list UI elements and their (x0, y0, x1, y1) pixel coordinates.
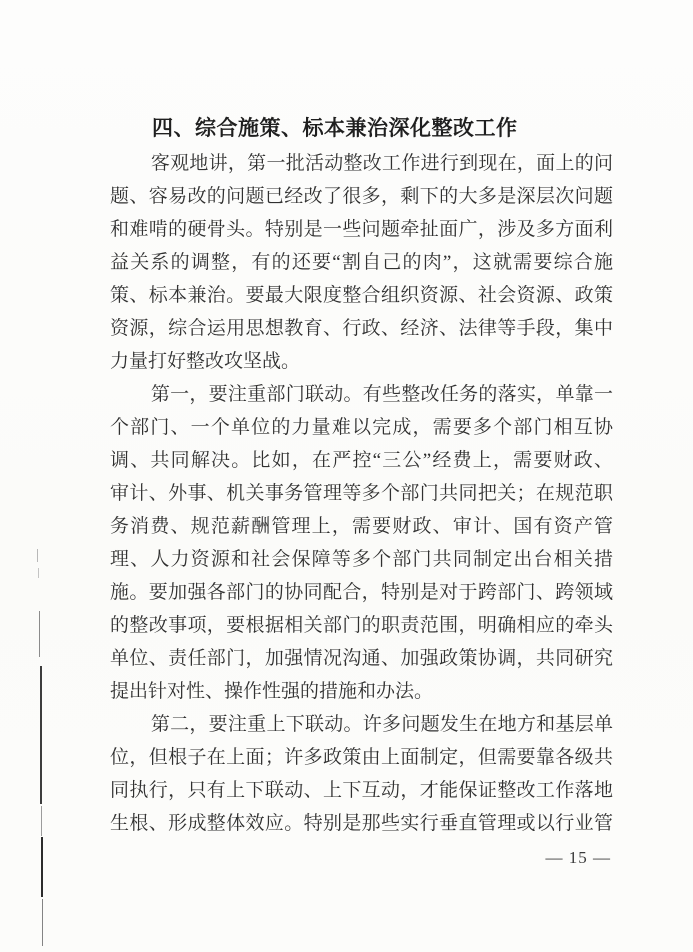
text-line: 和难啃的硬骨头。特别是一些问题牵扯面广，涉及多方面利 (110, 213, 613, 246)
document-body: 四、综合施策、标本兼治深化整改工作 客观地讲，第一批活动整改工作进行到现在，面上… (110, 110, 613, 869)
text-line: 调、共同解决。比如，在严控“三公”经费上，需要财政、 (110, 444, 613, 477)
text-line: 第二，要注重上下联动。许多问题发生在地方和基层单 (110, 708, 613, 741)
text-line: 客观地讲，第一批活动整改工作进行到现在，面上的问 (110, 147, 613, 180)
text-line: 策、标本兼治。要最大限度整合组织资源、社会资源、政策 (110, 279, 613, 312)
text-line: 理、人力资源和社会保障等多个部门共同制定出台相关措 (110, 543, 613, 576)
binding-mark (40, 666, 42, 804)
text-line: 施。要加强各部门的协同配合，特别是对于跨部门、跨领域 (110, 576, 613, 609)
binding-mark (39, 611, 40, 657)
page-number: — 15 — (110, 847, 613, 869)
text-line: 力量打好整改攻坚战。 (110, 345, 613, 378)
text-line: 单位、责任部门，加强情况沟通、加强政策协调，共同研究 (110, 642, 613, 675)
text-line: 的整改事项，要根据相关部门的职责范围，明确相应的牵头 (110, 609, 613, 642)
text-line: 益关系的调整，有的还要“割自己的肉”，这就需要综合施 (110, 246, 613, 279)
text-line: 资源，综合运用思想教育、行政、经济、法律等手段，集中 (110, 312, 613, 345)
scanned-document-page: 四、综合施策、标本兼治深化整改工作 客观地讲，第一批活动整改工作进行到现在，面上… (0, 0, 693, 952)
paragraph: 第一，要注重部门联动。有些整改任务的落实，单靠一 个部门、一个单位的力量难以完成… (110, 378, 613, 708)
text-line: 个部门、一个单位的力量难以完成，需要多个部门相互协 (110, 411, 613, 444)
binding-mark (41, 837, 43, 897)
text-line: 务消费、规范薪酬管理上，需要财政、审计、国有资产管 (110, 510, 613, 543)
text-line: 同执行，只有上下联动、上下互动，才能保证整改工作落地 (110, 774, 613, 807)
text-line: 提出针对性、操作性强的措施和办法。 (110, 675, 613, 708)
text-line: 题、容易改的问题已经改了很多，剩下的大多是深层次问题 (110, 180, 613, 213)
binding-mark (38, 568, 39, 578)
paragraph: 第二，要注重上下联动。许多问题发生在地方和基层单 位，但根子在上面；许多政策由上… (110, 708, 613, 840)
text-line: 第一，要注重部门联动。有些整改任务的落实，单靠一 (110, 378, 613, 411)
binding-mark (42, 899, 43, 946)
paragraph: 客观地讲，第一批活动整改工作进行到现在，面上的问 题、容易改的问题已经改了很多，… (110, 147, 613, 378)
section-heading: 四、综合施策、标本兼治深化整改工作 (110, 110, 613, 147)
text-line: 审计、外事、机关事务管理等多个部门共同把关；在规范职 (110, 477, 613, 510)
binding-mark (41, 806, 42, 836)
text-line: 位，但根子在上面；许多政策由上面制定，但需要靠各级共 (110, 741, 613, 774)
text-line: 生根、形成整体效应。特别是那些实行垂直管理或以行业管 (110, 807, 613, 840)
binding-mark (37, 549, 38, 562)
